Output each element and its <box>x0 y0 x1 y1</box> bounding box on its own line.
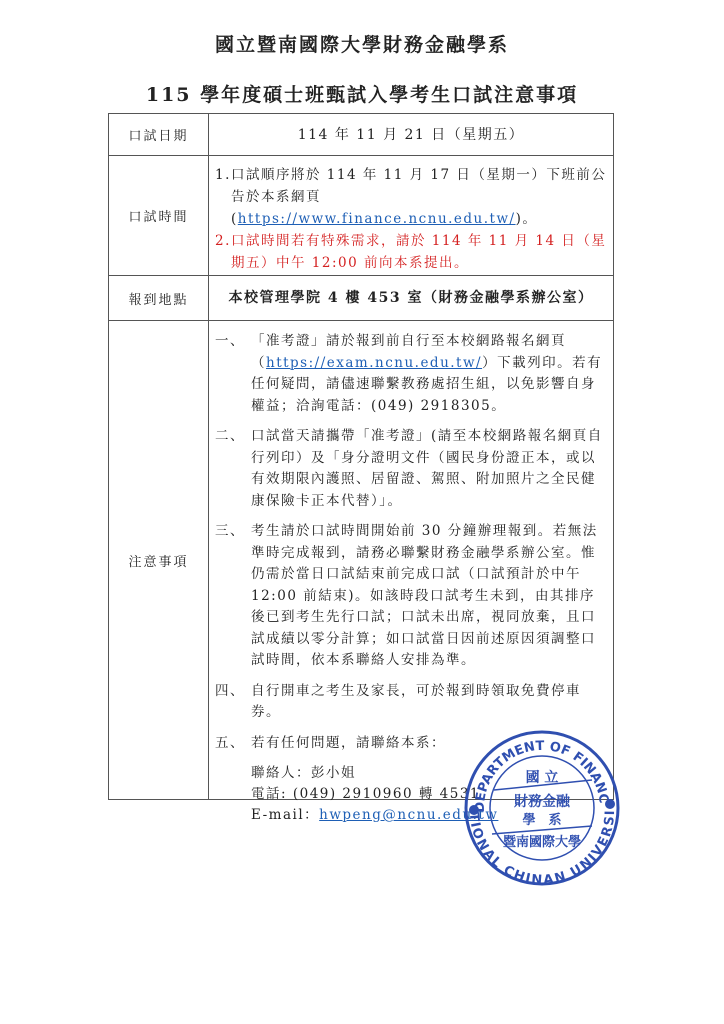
svg-text:暨南國際大學: 暨南國際大學 <box>503 834 581 850</box>
time-item-1: 1. 口試順序將於 114 年 11 月 17 日（星期一）下班前公告於本系網頁… <box>215 164 607 230</box>
svg-text:財務金融: 財務金融 <box>514 793 571 810</box>
time-item-2: 2. 口試時間若有特殊需求，請於 114 年 11 月 14 日（星期五）中午 … <box>215 230 607 274</box>
date-label: 口試日期 <box>109 114 209 155</box>
location-label: 報到地點 <box>109 276 209 320</box>
finance-website-link[interactable]: https://www.finance.ncnu.edu.tw/ <box>238 211 516 227</box>
time-value: 1. 口試順序將於 114 年 11 月 17 日（星期一）下班前公告於本系網頁… <box>209 156 613 275</box>
svg-text:學 系: 學 系 <box>521 812 561 828</box>
row-exam-date: 口試日期 114 年 11 月 21 日（星期五） <box>109 114 613 155</box>
seal-icon: DEPARTMENT OF FINANCE NATIONAL CHINAN UN… <box>462 728 622 888</box>
row-exam-time: 口試時間 1. 口試順序將於 114 年 11 月 17 日（星期一）下班前公告… <box>109 155 613 275</box>
row-check-in-location: 報到地點 本校管理學院 4 樓 453 室（財務金融學系辦公室） <box>109 275 613 320</box>
notice-table: 口試日期 114 年 11 月 21 日（星期五） 口試時間 1. 口試順序將於… <box>108 113 614 800</box>
date-value: 114 年 11 月 21 日（星期五） <box>209 114 613 155</box>
notes-label: 注意事項 <box>109 321 209 799</box>
document-subtitle: 115 學年度碩士班甄試入學考生口試注意事項 <box>0 80 724 107</box>
time-label: 口試時間 <box>109 156 209 275</box>
note-item-3: 三、 考生請於口試時間開始前 30 分鐘辦理報到。若無法準時完成報到，請務必聯繫… <box>215 521 605 672</box>
note-item-1: 一、 「准考證」請於報到前自行至本校網路報名網頁（https://exam.nc… <box>215 331 605 417</box>
department-seal-stamp: DEPARTMENT OF FINANCE NATIONAL CHINAN UN… <box>462 728 622 888</box>
exam-website-link[interactable]: https://exam.ncnu.edu.tw/ <box>266 355 482 371</box>
svg-text:國 立: 國 立 <box>526 769 559 786</box>
document-title: 國立暨南國際大學財務金融學系 <box>0 30 724 57</box>
location-value: 本校管理學院 4 樓 453 室（財務金融學系辦公室） <box>209 276 613 320</box>
note-item-4: 四、 自行開車之考生及家長，可於報到時領取免費停車券。 <box>215 681 605 724</box>
note-item-2: 二、 口試當天請攜帶「准考證」(請至本校網路報名網頁自行列印）及「身分證明文件（… <box>215 426 605 512</box>
